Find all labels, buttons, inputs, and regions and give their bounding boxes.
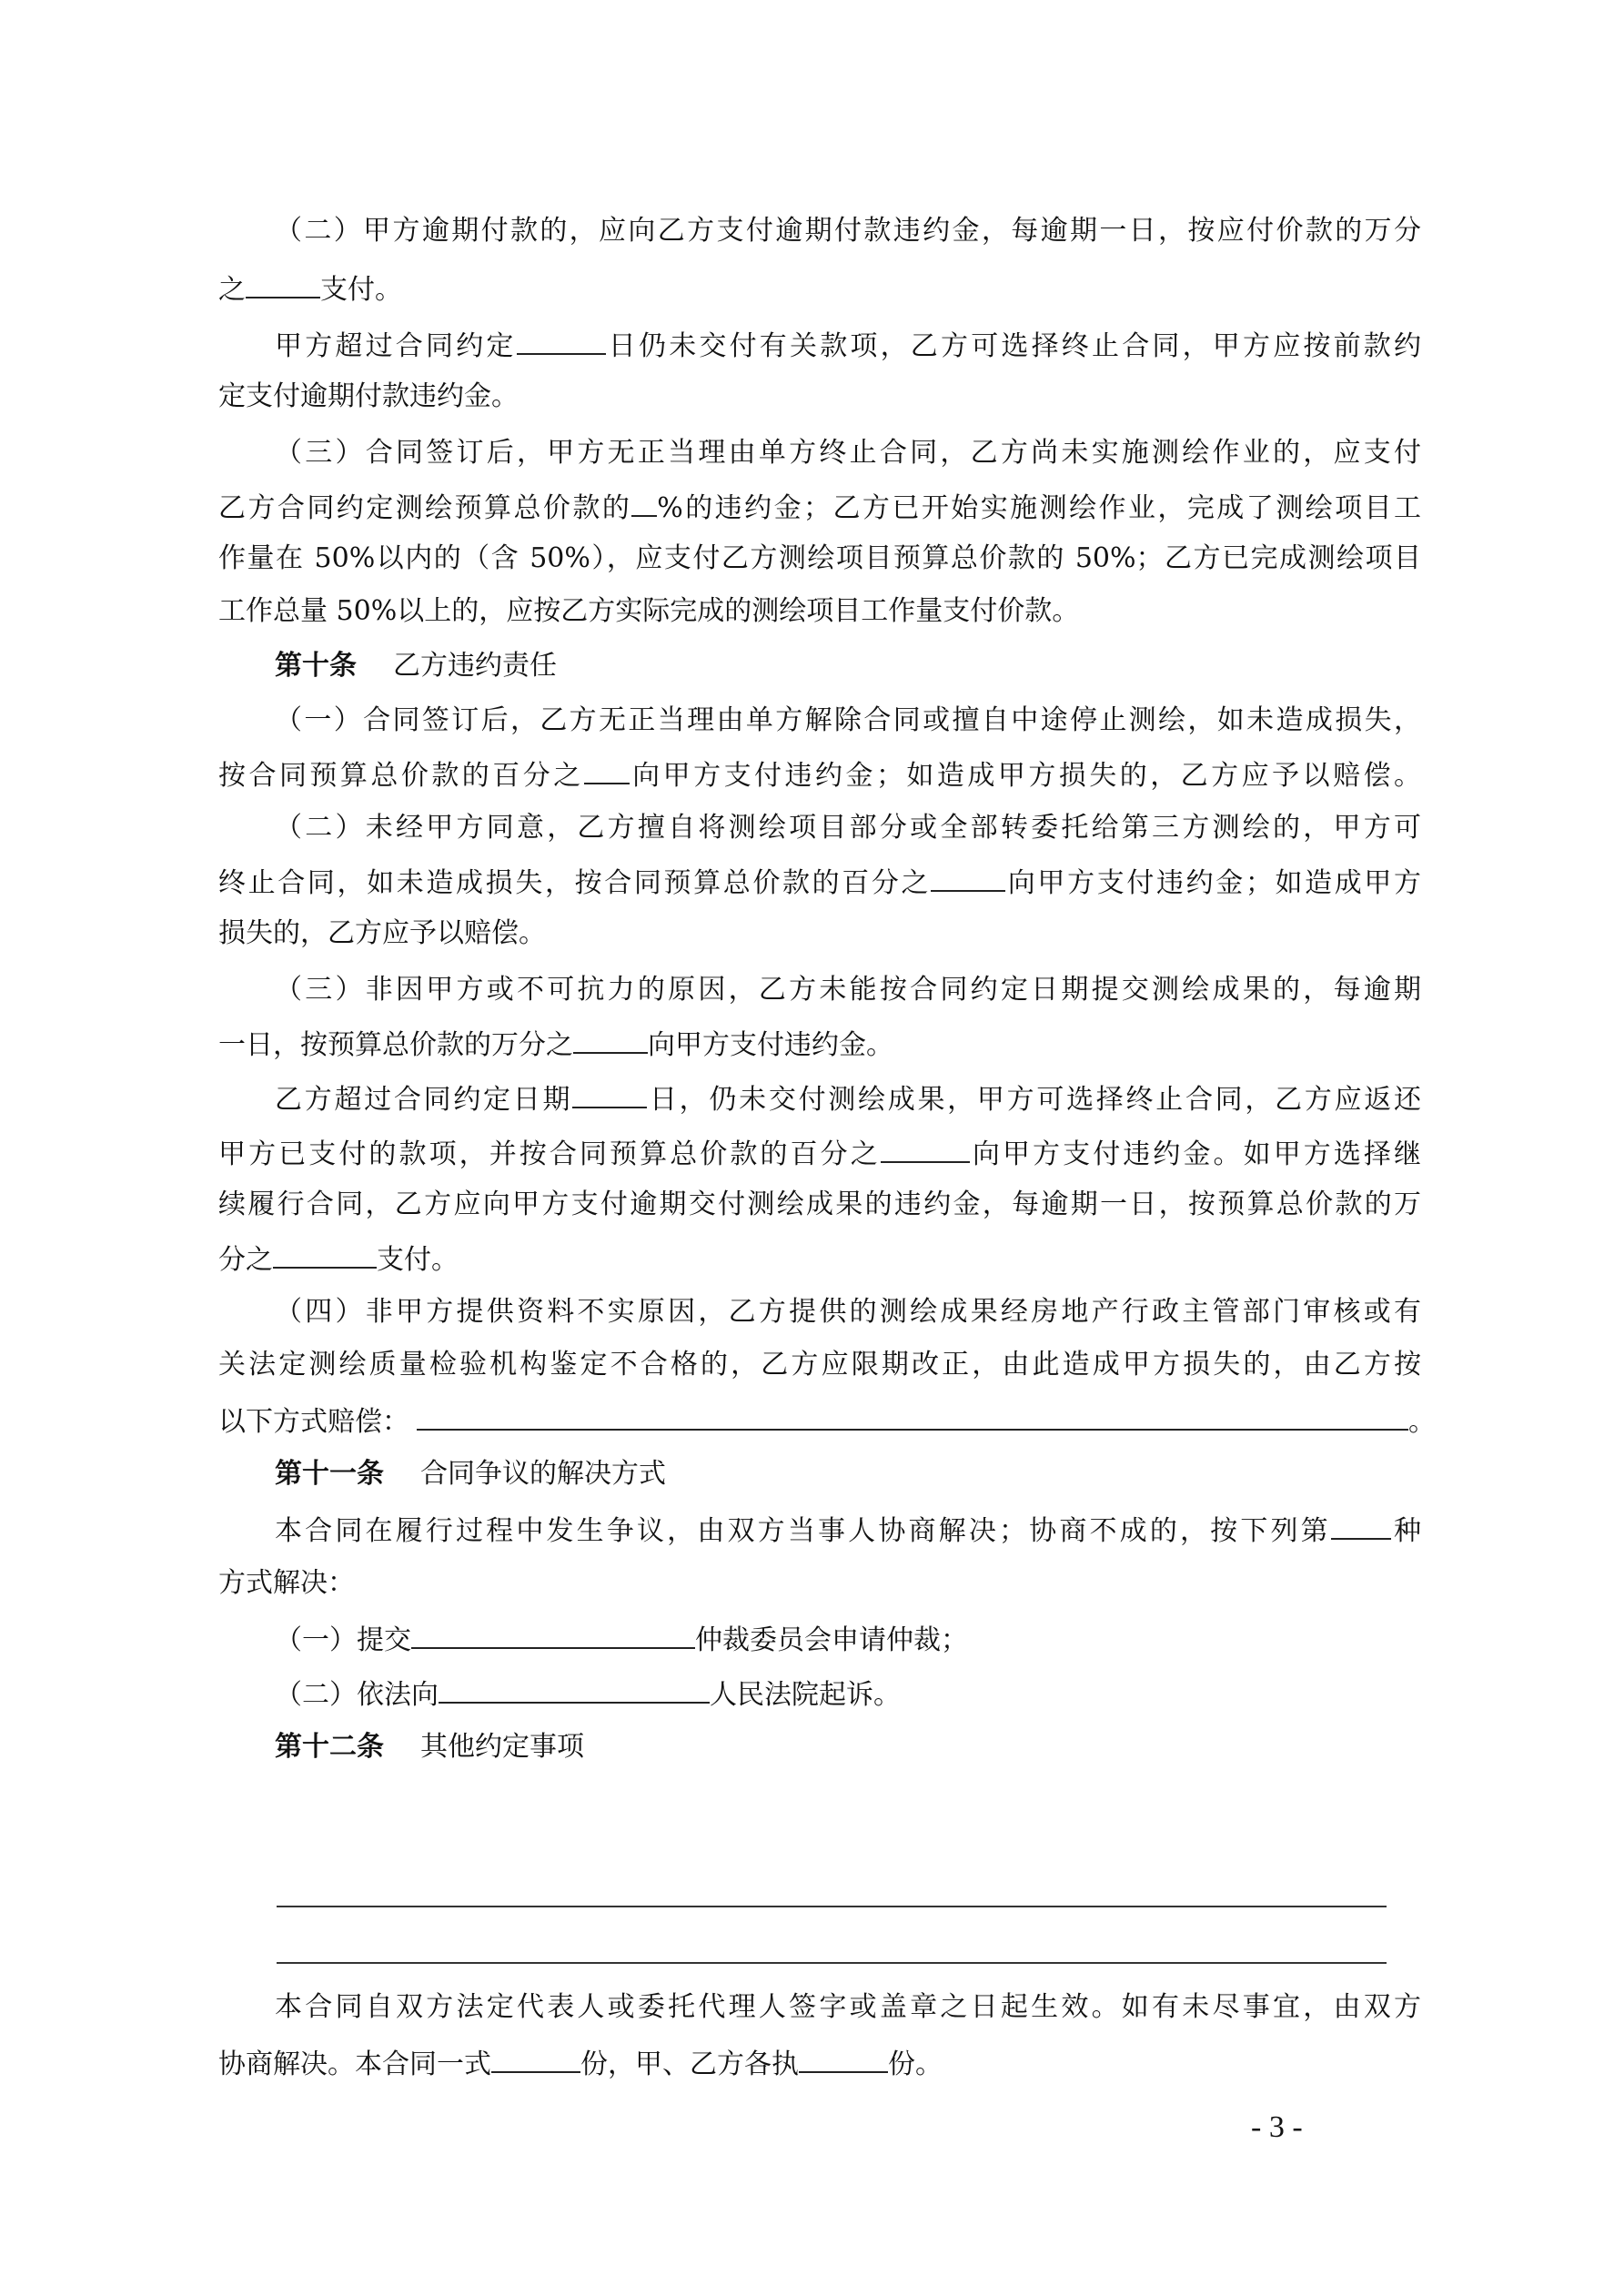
text: 支付。 [320, 274, 402, 306]
text: 种 [1391, 1515, 1421, 1547]
text: 本合同在履行过程中发生争议，由双方当事人协商解决；协商不成的，按下列第 [275, 1515, 1331, 1547]
paragraph-line: （四）非甲方提供资料不实原因，乙方提供的测绘成果经房地产行政主管部门审核或有 [218, 1294, 1421, 1330]
text: 分之 [218, 1244, 273, 1276]
text: 向甲方支付违约金；如造成甲方 [1005, 867, 1421, 899]
text: 向甲方支付违约金；如造成甲方损失的，乙方应予以赔偿。 [630, 760, 1421, 792]
blank-field[interactable] [439, 1674, 710, 1704]
article-heading: 第十二条其他约定事项 [218, 1729, 1421, 1765]
paragraph-line: 终止合同，如未造成损失，按合同预算总价款的百分之向甲方支付违约金；如造成甲方 [218, 863, 1421, 899]
paragraph-line: 按合同预算总价款的百分之向甲方支付违约金；如造成甲方损失的，乙方应予以赔偿。 [218, 755, 1421, 792]
article-title: 乙方违约责任 [393, 650, 557, 682]
text: %的违约金；乙方已开始实施测绘作业，完成了测绘项目工 [657, 492, 1421, 524]
article-number: 第十二条 [275, 1731, 384, 1763]
paragraph-line: 方式解决： [218, 1565, 1421, 1602]
blank-field[interactable] [491, 2044, 580, 2073]
article-number: 第十条 [275, 650, 357, 682]
text: 人民法院起诉。 [710, 1679, 901, 1711]
paragraph-line: 本合同自双方法定代表人或委托代理人签字或盖章之日起生效。如有未尽事宜，由双方 [218, 1989, 1421, 2026]
paragraph-line: 损失的，乙方应予以赔偿。 [218, 915, 1421, 952]
blank-field[interactable] [573, 1025, 648, 1054]
text: 以下方式赔偿： [218, 1406, 409, 1438]
paragraph-line: （二）甲方逾期付款的，应向乙方支付逾期付款违约金，每逾期一日，按应付价款的万分 [218, 213, 1421, 249]
text: 向甲方支付违约金。如甲方选择继 [970, 1138, 1421, 1170]
article-heading: 第十条乙方违约责任 [218, 648, 1421, 684]
blank-field[interactable] [584, 755, 630, 784]
text: 之 [218, 274, 246, 306]
text: 本合同自双方法定代表人或委托代理人签字或盖章之日起生效。如有未尽事宜，由双方 [275, 1991, 1421, 2023]
text: 日仍未交付有关款项，乙方可选择终止合同，甲方应按前款约 [606, 330, 1421, 362]
text: 关法定测绘质量检验机构鉴定不合格的，乙方应限期改正，由此造成甲方损失的，由乙方按 [218, 1349, 1421, 1381]
text: （二）甲方逾期付款的，应向乙方支付逾期付款违约金，每逾期一日，按应付价款的万分 [275, 215, 1421, 247]
paragraph-line: （三）合同签订后，甲方无正当理由单方终止合同，乙方尚未实施测绘作业的，应支付 [218, 435, 1421, 471]
text: 按合同预算总价款的百分之 [218, 760, 584, 792]
text: 乙方超过合同约定日期 [275, 1084, 572, 1116]
text: （一）合同签订后，乙方无正当理由单方解除合同或擅自中途停止测绘，如未造成损失， [275, 704, 1421, 736]
blank-field[interactable] [881, 1134, 970, 1163]
paragraph-line: 乙方合同约定测绘预算总价款的%的违约金；乙方已开始实施测绘作业，完成了测绘项目工 [218, 488, 1421, 524]
paragraph-line: （一）合同签订后，乙方无正当理由单方解除合同或擅自中途停止测绘，如未造成损失， [218, 703, 1421, 739]
blank-field[interactable] [517, 326, 606, 355]
paragraph-line: 续履行合同，乙方应向甲方支付逾期交付测绘成果的违约金，每逾期一日，按预算总价款的… [218, 1187, 1421, 1223]
paragraph-line: 乙方超过合同约定日期日，仍未交付测绘成果，甲方可选择终止合同，乙方应返还 [218, 1079, 1421, 1116]
text: 协商解决。本合同一式 [218, 2048, 491, 2080]
text: （二）依法向 [275, 1679, 439, 1711]
paragraph-line: （一）提交仲裁委员会申请仲裁； [218, 1620, 1421, 1656]
text: 甲方超过合同约定 [275, 330, 517, 362]
blank-field[interactable] [273, 1239, 377, 1269]
blank-field[interactable] [1331, 1511, 1391, 1540]
text: 终止合同，如未造成损失，按合同预算总价款的百分之 [218, 867, 931, 899]
paragraph-line: 之支付。 [218, 269, 1421, 306]
document-page: （二）甲方逾期付款的，应向乙方支付逾期付款违约金，每逾期一日，按应付价款的万分 … [0, 0, 1624, 2296]
paragraph-line: 关法定测绘质量检验机构鉴定不合格的，乙方应限期改正，由此造成甲方损失的，由乙方按 [218, 1347, 1421, 1383]
text: （四）非甲方提供资料不实原因，乙方提供的测绘成果经房地产行政主管部门审核或有 [275, 1296, 1421, 1328]
paragraph-line: 协商解决。本合同一式份，甲、乙方各执份。 [218, 2044, 1421, 2080]
text: 支付。 [377, 1244, 459, 1276]
text: 仲裁委员会申请仲裁； [695, 1624, 968, 1656]
paragraph-line: 本合同在履行过程中发生争议，由双方当事人协商解决；协商不成的，按下列第种 [218, 1511, 1421, 1547]
article-title: 其他约定事项 [420, 1731, 584, 1763]
text: 方式解决： [218, 1567, 355, 1599]
text: 向甲方支付违约金。 [648, 1029, 893, 1061]
blank-field[interactable] [572, 1079, 647, 1108]
blank-line-field[interactable] [277, 1906, 1387, 1907]
blank-field[interactable] [411, 1620, 695, 1649]
text: （三）合同签订后，甲方无正当理由单方终止合同，乙方尚未实施测绘作业的，应支付 [275, 437, 1421, 469]
paragraph-line: 以下方式赔偿：。 [218, 1401, 1421, 1438]
text: 份，甲、乙方各执 [580, 2048, 799, 2080]
blank-field[interactable] [799, 2044, 888, 2073]
text: 作量在 50%以内的（含 50%），应支付乙方测绘项目预算总价款的 50%；乙方… [218, 542, 1421, 574]
paragraph-line: 定支付逾期付款违约金。 [218, 379, 1421, 415]
paragraph-line: 甲方超过合同约定日仍未交付有关款项，乙方可选择终止合同，甲方应按前款约 [218, 326, 1421, 362]
text: 甲方已支付的款项，并按合同预算总价款的百分之 [218, 1138, 881, 1170]
text: 。 [1408, 1406, 1436, 1438]
text: 一日，按预算总价款的万分之 [218, 1029, 573, 1061]
paragraph-line: （二）依法向人民法院起诉。 [218, 1674, 1421, 1711]
text: 定支付逾期付款违约金。 [218, 380, 519, 412]
paragraph-line: （二）未经甲方同意，乙方擅自将测绘项目部分或全部转委托给第三方测绘的，甲方可 [218, 810, 1421, 846]
blank-field[interactable] [931, 863, 1005, 892]
page-number: - 3 - [1251, 2109, 1303, 2146]
text: 工作总量 50%以上的，应按乙方实际完成的测绘项目工作量支付价款。 [218, 595, 1079, 627]
article-number: 第十一条 [275, 1458, 384, 1490]
paragraph-line: （三）非因甲方或不可抗力的原因，乙方未能按合同约定日期提交测绘成果的，每逾期 [218, 972, 1421, 1008]
blank-field[interactable] [246, 269, 320, 298]
article-heading: 第十一条合同争议的解决方式 [218, 1456, 1421, 1492]
article-title: 合同争议的解决方式 [420, 1458, 666, 1490]
blank-field[interactable] [631, 488, 657, 517]
text: 损失的，乙方应予以赔偿。 [218, 917, 546, 949]
text: 日，仍未交付测绘成果，甲方可选择终止合同，乙方应返还 [647, 1084, 1421, 1116]
paragraph-line: 一日，按预算总价款的万分之向甲方支付违约金。 [218, 1025, 1421, 1061]
paragraph-line: 甲方已支付的款项，并按合同预算总价款的百分之向甲方支付违约金。如甲方选择继 [218, 1134, 1421, 1170]
paragraph-line: 工作总量 50%以上的，应按乙方实际完成的测绘项目工作量支付价款。 [218, 593, 1421, 630]
paragraph-line: 作量在 50%以内的（含 50%），应支付乙方测绘项目预算总价款的 50%；乙方… [218, 541, 1421, 577]
text: 续履行合同，乙方应向甲方支付逾期交付测绘成果的违约金，每逾期一日，按预算总价款的… [218, 1188, 1421, 1220]
blank-line-field[interactable] [277, 1962, 1387, 1964]
paragraph-line: 分之支付。 [218, 1239, 1421, 1276]
text: （三）非因甲方或不可抗力的原因，乙方未能按合同约定日期提交测绘成果的，每逾期 [275, 974, 1421, 1006]
text: （一）提交 [275, 1624, 411, 1656]
blank-field[interactable] [417, 1401, 1408, 1431]
text: 份。 [888, 2048, 943, 2080]
text: 乙方合同约定测绘预算总价款的 [218, 492, 631, 524]
text: （二）未经甲方同意，乙方擅自将测绘项目部分或全部转委托给第三方测绘的，甲方可 [275, 812, 1421, 844]
